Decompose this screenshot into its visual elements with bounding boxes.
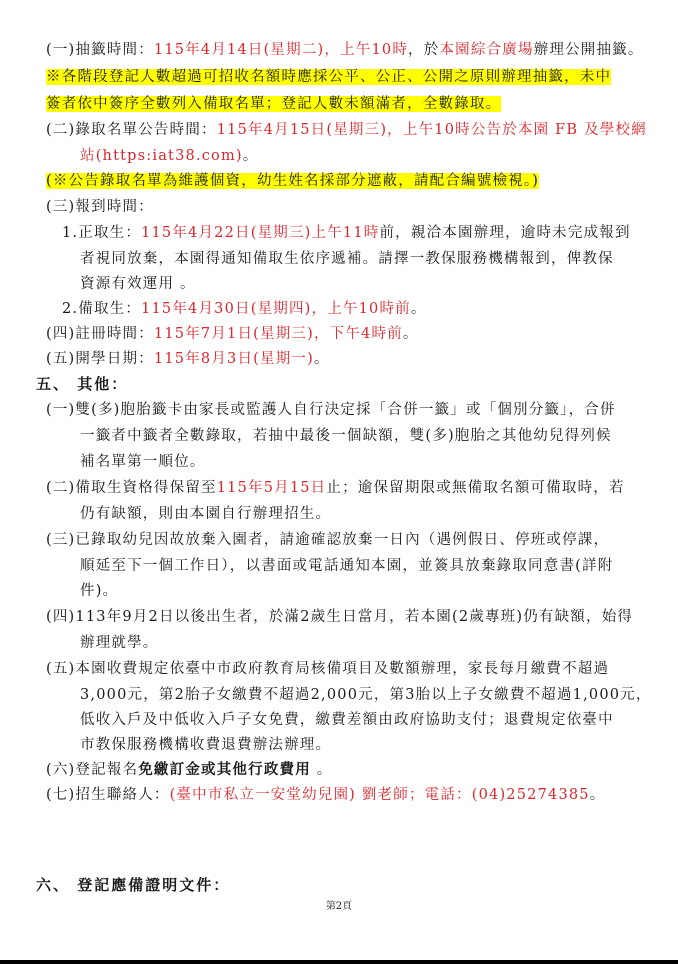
lottery-time-line: (一)抽籤時間：115年4月14日(星期二)，上午10時，於本園綜合廣場辦理公開… bbox=[46, 39, 644, 61]
other-item-2-line-2: 仍有缺額，則由本園自行辦理招生。 bbox=[80, 503, 331, 525]
report-label: (三)報到時間： bbox=[46, 199, 154, 215]
lottery-note-2: 簽者依中簽序全數列入備取名單；登記人數未額滿者，全數錄取。 bbox=[46, 96, 501, 112]
other-item-6-bold: 免繳訂金或其他行政費用 bbox=[138, 761, 311, 778]
other-item-5-line-3: 低收入戶及中低收入戶子女免費，繳費差額由政府協助支付；退費規定依臺中 bbox=[80, 709, 614, 731]
other-item-3-line-2: 順延至下一個工作日），以書面或電話通知本園，並簽具放棄錄取同意書(詳附 bbox=[80, 555, 613, 577]
lottery-note-line-1: ※各階段登記人數超過可招收名額時應採公平、公正、公開之原則辦理抽籤，未中 bbox=[46, 66, 611, 88]
school-start-date: 115年8月3日(星期一) bbox=[154, 351, 314, 367]
lottery-tail: 辦理公開抽籤。 bbox=[534, 42, 644, 58]
contact-tail: 。 bbox=[590, 787, 606, 803]
other-item-4-line-2: 辦理就學。 bbox=[80, 632, 159, 654]
report-item-1-line-3: 資源有效運用 。 bbox=[80, 273, 196, 295]
other-item-3-line-3: 件)。 bbox=[80, 580, 118, 602]
announce-label: (二)錄取名單公告時間： bbox=[46, 122, 217, 138]
announce-note-line: (※公告錄取名單為維護個資，幼生姓名採部分遮蔽，請配合編號檢視。) bbox=[46, 170, 539, 192]
document-page: (一)抽籤時間：115年4月14日(星期二)，上午10時，於本園綜合廣場辦理公開… bbox=[0, 0, 678, 960]
announce-note: (※公告錄取名單為維護個資，幼生姓名採部分遮蔽，請配合編號檢視。) bbox=[46, 173, 539, 189]
lottery-mid: ，於 bbox=[408, 42, 439, 58]
school-start-label: (五)開學日期： bbox=[46, 351, 154, 367]
lottery-label: (一)抽籤時間： bbox=[46, 42, 154, 58]
report-label-line: (三)報到時間： bbox=[46, 196, 154, 218]
announce-line-2: 站(https:iat38.com)。 bbox=[80, 145, 259, 167]
other-item-5-line-1: (五)本園收費規定依臺中市政府教育局核備項目及數額辦理，家長每月繳費不超過 bbox=[46, 658, 609, 680]
school-website-link[interactable]: 站(https:iat38.com) bbox=[80, 148, 243, 164]
report-item-1-tail: 前，親洽本園辦理，逾時未完成報到 bbox=[379, 225, 630, 241]
report-item-1-label: 正取生： bbox=[78, 225, 141, 241]
other-item-2-pre: (二)備取生資格得保留至 bbox=[46, 480, 217, 496]
report-item-1-line-2: 者視同放棄，本園得通知備取生依序遞補。請擇一教保服務機構報到，俾教保 bbox=[80, 248, 614, 270]
section-6-heading: 六、 登記應備證明文件： bbox=[36, 874, 230, 896]
lottery-place: 本園綜合廣場 bbox=[439, 42, 533, 58]
report-item-2-date: 115年4月30日(星期四)，上午10時前 bbox=[141, 301, 411, 317]
other-item-4-line-1: (四)113年9月2日以後出生者，於滿2歲生日當月，若本園(2歲專班)仍有缺額，… bbox=[46, 606, 633, 628]
page-number: 第2頁 bbox=[0, 900, 678, 914]
report-item-1-text-2: 者視同放棄，本園得通知備取生依序遞補。請擇一教保服務機構報到，俾教保 bbox=[80, 251, 614, 267]
register-label: (四)註冊時間： bbox=[46, 326, 154, 342]
section-5-heading: 五、 其他： bbox=[36, 373, 128, 395]
other-item-1-line-2: 一籤者中籤者全數錄取，若抽中最後一個缺額，雙(多)胞胎之其他幼兒得列候 bbox=[80, 425, 612, 447]
report-item-1-num: 1. bbox=[62, 225, 78, 241]
report-item-1-date: 115年4月22日(星期三)上午11時 bbox=[141, 225, 379, 241]
report-item-2-num: 2. bbox=[62, 301, 78, 317]
report-item-2-tail: 。 bbox=[411, 301, 427, 317]
lottery-note-line-2: 簽者依中簽序全數列入備取名單；登記人數未額滿者，全數錄取。 bbox=[46, 93, 501, 115]
announce-line-1: (二)錄取名單公告時間：115年4月15日(星期三)，上午10時公告於本園 FB… bbox=[46, 119, 647, 141]
school-start-tail: 。 bbox=[314, 351, 330, 367]
report-item-1-line-1: 1.正取生：115年4月22日(星期三)上午11時前，親洽本園辦理，逾時未完成報… bbox=[62, 222, 631, 244]
report-item-1-text-3: 資源有效運用 。 bbox=[80, 276, 196, 292]
other-item-6-post: 。 bbox=[311, 762, 333, 778]
lottery-date: 115年4月14日(星期二)，上午10時 bbox=[154, 42, 408, 58]
other-item-1-line-1: (一)雙(多)胞胎籤卡由家長或監護人自行決定採「合併一籤」或「個別分籤」，合併 bbox=[46, 399, 616, 421]
other-item-5-line-2: 3,000元，第2胎子女繳費不超過2,000元，第3胎以上子女繳費不超過1,00… bbox=[80, 684, 652, 706]
register-date: 115年7月1日(星期三)，下午4時前 bbox=[154, 326, 403, 342]
other-item-6-pre: (六)登記報名 bbox=[46, 762, 138, 778]
school-start-line: (五)開學日期：115年8月3日(星期一)。 bbox=[46, 348, 330, 370]
other-item-7-line: (七)招生聯絡人：(臺中市私立一安堂幼兒園) 劉老師；電話：(04)252743… bbox=[46, 784, 605, 806]
other-item-2-date: 115年5月15日 bbox=[217, 480, 327, 496]
contact-label: (七)招生聯絡人： bbox=[46, 787, 170, 803]
other-item-1-line-3: 補名單第一順位。 bbox=[80, 451, 206, 473]
other-item-5-line-4: 市教保服務機構收費退費辦法辦理。 bbox=[80, 734, 331, 756]
other-item-3-line-1: (三)已錄取幼兒因故放棄入園者，請逾確認放棄一日內（遇例假日、停班或停課， bbox=[46, 529, 609, 551]
announce-red-1: 115年4月15日(星期三)，上午10時公告於本園 FB 及學校網 bbox=[217, 122, 647, 138]
page-bottom-border bbox=[0, 960, 678, 964]
register-tail: 。 bbox=[403, 326, 419, 342]
contact-info: (臺中市私立一安堂幼兒園) 劉老師；電話：(04)25274385 bbox=[170, 787, 590, 803]
report-item-2-label: 備取生： bbox=[78, 301, 141, 317]
other-item-2-post: 止；逾保留期限或無備取名額可備取時，若 bbox=[326, 480, 624, 496]
lottery-note-1: ※各階段登記人數超過可招收名額時應採公平、公正、公開之原則辦理抽籤，未中 bbox=[46, 69, 611, 85]
other-item-6-line: (六)登記報名免繳訂金或其他行政費用 。 bbox=[46, 759, 332, 781]
report-item-2-line: 2.備取生：115年4月30日(星期四)，上午10時前。 bbox=[62, 298, 427, 320]
register-line: (四)註冊時間：115年7月1日(星期三)，下午4時前。 bbox=[46, 323, 419, 345]
announce-tail: 。 bbox=[243, 148, 259, 164]
other-item-2-line-1: (二)備取生資格得保留至115年5月15日止；逾保留期限或無備取名額可備取時，若 bbox=[46, 477, 625, 499]
